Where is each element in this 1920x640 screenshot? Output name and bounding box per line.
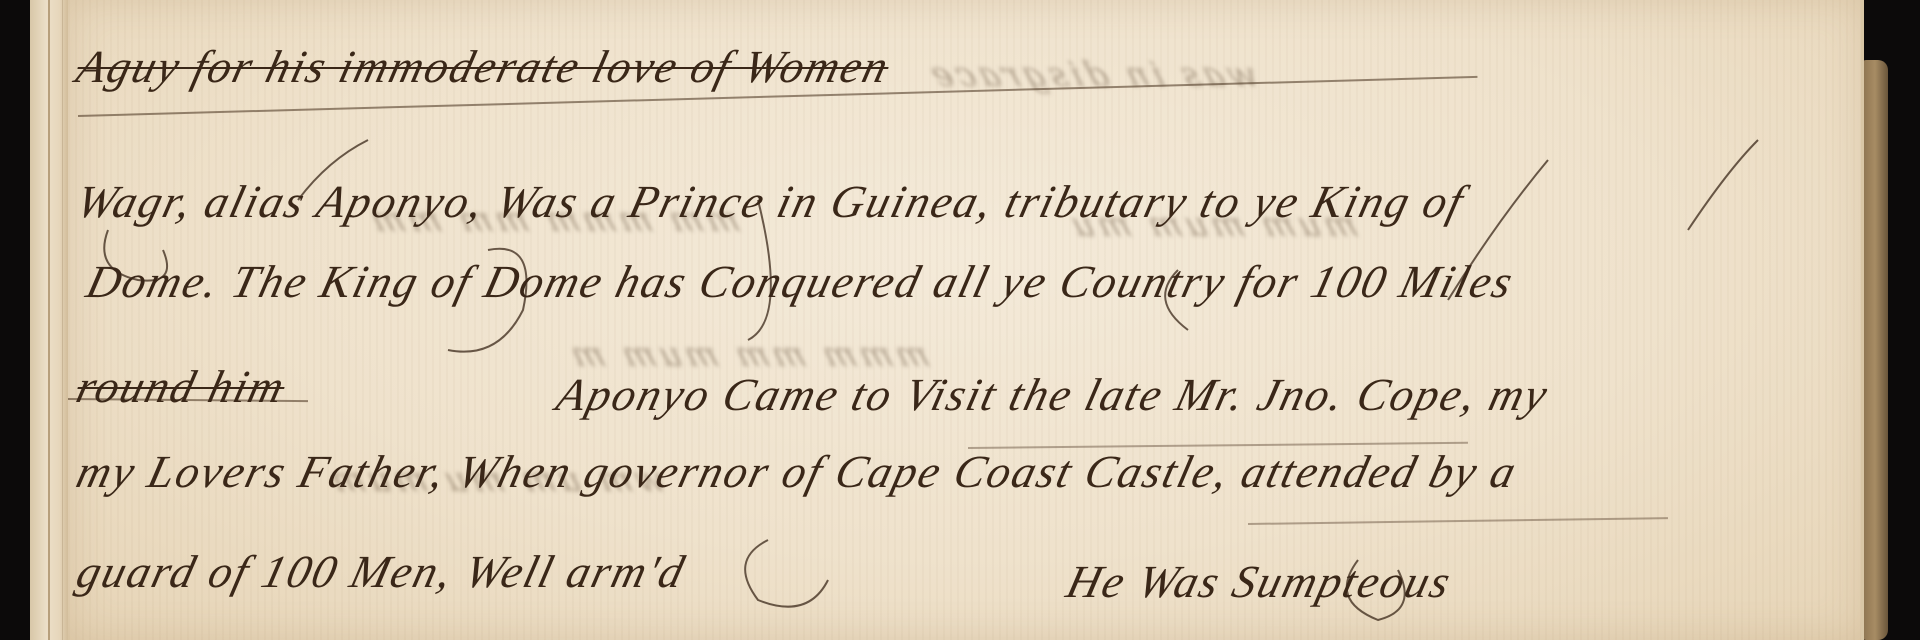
- manuscript-page: was in disgrace mm mmm mm mm mum mum mu …: [68, 0, 1864, 640]
- torn-right-edge: [1862, 60, 1888, 640]
- page-stack-left-edge: [30, 0, 72, 640]
- ink-flourishes: [68, 0, 1864, 640]
